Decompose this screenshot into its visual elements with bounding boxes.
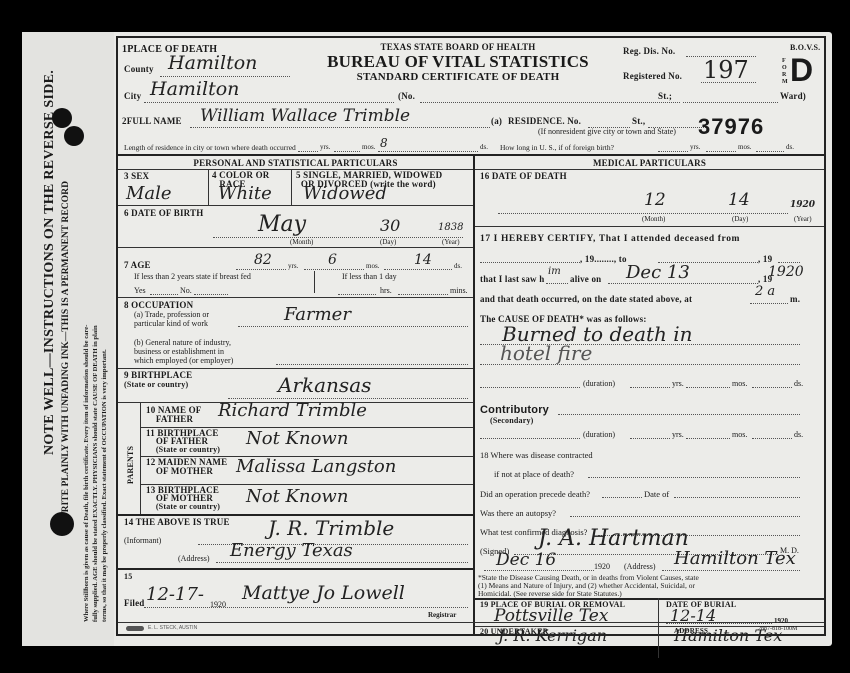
physician-address-value[interactable]: Hamilton Tex xyxy=(674,548,796,569)
county-label: County xyxy=(124,64,154,74)
physician-signature[interactable]: J. A. Hartman xyxy=(538,526,689,551)
mins-label: mins. xyxy=(450,286,468,295)
duration-ds-2: ds. xyxy=(794,430,803,439)
birthplace-label: 9 BIRTHPLACE(State or country) xyxy=(124,371,192,389)
birthplace-value[interactable]: Arkansas xyxy=(278,373,371,397)
age-days[interactable]: 14 xyxy=(414,252,432,268)
punch-hole-top xyxy=(52,108,72,128)
filed-label: Filed xyxy=(124,598,145,608)
last-alive-date[interactable]: Dec 13 xyxy=(626,262,690,283)
informant-address-value[interactable]: Energy Texas xyxy=(230,540,353,561)
age-months[interactable]: 6 xyxy=(328,252,337,268)
signed-year[interactable]: 1920 xyxy=(594,562,610,571)
informant-value[interactable]: J. R. Trimble xyxy=(268,516,394,540)
father-birthplace-value[interactable]: Not Known xyxy=(246,428,348,449)
side-ink-note: WRITE PLAINLY WITH UNFADING INK—THIS IS … xyxy=(60,181,71,522)
certify-statement: 17 I HEREBY CERTIFY, That I attended dec… xyxy=(480,234,740,244)
secondary-label: (Secondary) xyxy=(490,416,534,425)
residence-st-label: St., xyxy=(632,116,645,126)
signed-date[interactable]: Dec 16 xyxy=(496,550,556,570)
last-saw-label: that I last saw h xyxy=(480,274,544,284)
hrs-label: hrs. xyxy=(380,286,392,295)
breast-no-label: No. xyxy=(180,286,192,295)
full-name-value[interactable]: William Wallace Trimble xyxy=(200,106,410,126)
age-label: 7 AGE xyxy=(124,260,151,270)
dob-year-caption: (Year) xyxy=(442,238,460,246)
death-time[interactable]: 2 a xyxy=(755,284,775,299)
length-ds-label: ds. xyxy=(480,143,488,151)
board-title: TEXAS STATE BOARD OF HEALTH xyxy=(338,42,578,52)
side-instruction-line3: terms, so that it may be properly classi… xyxy=(101,349,108,622)
printer-logo-icon xyxy=(126,626,144,631)
mother-birthplace-label: 13 BIRTHPLACE OF MOTHER (State or countr… xyxy=(146,486,220,511)
attended-to-year: , 19 xyxy=(758,254,772,264)
informant-address-label: (Address) xyxy=(178,554,210,563)
age-mos-label: mos. xyxy=(366,262,379,270)
dod-day-caption: (Day) xyxy=(732,215,748,223)
age-ds-label: ds. xyxy=(454,262,462,270)
dod-month-caption: (Month) xyxy=(642,215,665,223)
registrar-signature[interactable]: Mattye Jo Lowell xyxy=(242,582,405,604)
violent-causes-footnote: *State the Disease Causing Death, or in … xyxy=(478,574,699,598)
informant-label: (Informant) xyxy=(124,536,161,545)
duration-mos-2: mos. xyxy=(732,430,747,439)
undertaker-signature[interactable]: J. R. Kerrigan xyxy=(498,626,607,645)
dob-month[interactable]: May xyxy=(258,212,306,237)
burial-year[interactable]: 1920 xyxy=(774,617,788,625)
father-name-value[interactable]: Richard Trimble xyxy=(218,400,367,421)
county-value[interactable]: Hamilton xyxy=(168,52,257,74)
reg-dis-label: Reg. Dis. No. xyxy=(623,46,675,56)
bureau-title: BUREAU OF VITAL STATISTICS xyxy=(298,52,618,72)
dob-label: 6 DATE OF BIRTH xyxy=(124,208,203,218)
length-mos-label: mos. xyxy=(362,143,375,151)
personal-section-title: PERSONAL AND STATISTICAL PARTICULARS xyxy=(118,158,473,168)
last-alive-year[interactable]: 1920 xyxy=(768,264,804,280)
dob-day-caption: (Day) xyxy=(380,238,396,246)
death-occurred-label: and that death occurred, on the date sta… xyxy=(480,294,692,304)
parents-label: PARENTS xyxy=(126,446,135,484)
street-label: St.; xyxy=(658,91,672,101)
street-no-label: (No. xyxy=(398,91,415,101)
registrar-label: Registrar xyxy=(428,611,456,619)
last-saw-pronoun[interactable]: im xyxy=(548,266,561,277)
contributory-label: Contributory xyxy=(480,404,549,416)
contracted-label: 18 Where was disease contracted xyxy=(480,450,593,460)
dod-label: 16 DATE OF DEATH xyxy=(480,171,567,181)
operation-date-label: Date of xyxy=(644,489,669,499)
full-name-suffix: (a) xyxy=(491,116,502,126)
dod-day[interactable]: 14 xyxy=(728,190,750,210)
less-than-day-label: If less than 1 day xyxy=(342,272,397,281)
mother-name-value[interactable]: Malissa Langston xyxy=(236,456,396,477)
city-value[interactable]: Hamilton xyxy=(150,78,239,100)
filed-number: 15 xyxy=(124,572,132,581)
occupation-label: 8 OCCUPATION xyxy=(124,300,193,310)
side-instruction-line2: fully supplied. AGE should be stated EXA… xyxy=(92,325,99,622)
duration-yrs-2: yrs. xyxy=(672,430,684,439)
physician-address-label: (Address) xyxy=(624,562,656,571)
bovs-label: B.O.V.S. xyxy=(790,43,820,52)
death-time-suffix: m. xyxy=(790,294,800,304)
certificate-number: 37976 xyxy=(698,114,764,140)
father-birthplace-label: 11 BIRTHPLACE OF FATHER (State or countr… xyxy=(146,429,220,454)
father-name-label: 10 NAME OF FATHER xyxy=(146,406,202,424)
medical-section-title: MEDICAL PARTICULARS xyxy=(475,158,824,168)
side-instruction-line1: Where Stillborn is given as cause of Dea… xyxy=(83,325,90,622)
foreign-mos-label: mos. xyxy=(738,143,751,151)
mother-birthplace-value[interactable]: Not Known xyxy=(246,486,348,507)
duration-ds-1: ds. xyxy=(794,379,803,388)
dob-month-caption: (Month) xyxy=(290,238,313,246)
side-note-heading: NOTE WELL—INSTRUCTIONS ON THE REVERSE SI… xyxy=(42,70,58,455)
sex-label: 3 SEX xyxy=(124,171,149,181)
breast-yes-label: Yes xyxy=(134,286,146,295)
duration-yrs-1: yrs. xyxy=(672,379,684,388)
occupation-value[interactable]: Farmer xyxy=(284,304,351,325)
form-label: FORM xyxy=(782,58,788,86)
foreign-birth-label: How long in U. S., if of foreign birth? xyxy=(500,143,614,152)
form-letter: D xyxy=(790,52,813,89)
length-yrs-label: yrs. xyxy=(320,143,330,151)
punch-hole-bottom xyxy=(50,512,74,536)
breast-fed-label: If less than 2 years state if breast fed xyxy=(134,272,251,281)
dod-year-caption: (Year) xyxy=(794,215,812,223)
sex-value[interactable]: Male xyxy=(126,183,172,204)
printer-imprint: E. L. STECK, AUSTIN xyxy=(148,625,197,631)
age-yrs-label: yrs. xyxy=(288,262,298,270)
dod-month[interactable]: 12 xyxy=(644,190,666,210)
autopsy-label: Was there an autopsy? xyxy=(480,508,556,518)
duration-label-1: (duration) xyxy=(583,379,615,388)
full-name-label: 2FULL NAME xyxy=(122,116,182,126)
foreign-yrs-label: yrs. xyxy=(690,143,700,151)
color-value[interactable]: White xyxy=(218,183,272,204)
cause-line-2[interactable]: hotel fire xyxy=(500,341,592,365)
operation-label: Did an operation precede death? xyxy=(480,489,590,499)
duration-label-2: (duration) xyxy=(583,430,615,439)
age-years[interactable]: 82 xyxy=(254,252,272,268)
marital-value[interactable]: Widowed xyxy=(303,183,387,204)
occupation-a-label: (a) Trade, profession orparticular kind … xyxy=(134,310,209,328)
death-certificate-form: 1PLACE OF DEATH County Hamilton City Ham… xyxy=(116,36,826,636)
certificate-title: STANDARD CERTIFICATE OF DEATH xyxy=(328,71,588,83)
dob-year[interactable]: 1838 xyxy=(438,222,463,233)
length-mos-value[interactable]: 8 xyxy=(380,136,388,150)
length-residence-label: Length of residence in city or town wher… xyxy=(124,143,296,152)
registered-label: Registered No. xyxy=(623,71,682,81)
burial-place-value[interactable]: Pottsville Tex xyxy=(494,606,608,626)
duration-mos-1: mos. xyxy=(732,379,747,388)
above-true-label: 14 THE ABOVE IS TRUE xyxy=(124,517,230,527)
filed-date[interactable]: 12-17- xyxy=(146,584,204,605)
form-code: 2887-818-100M xyxy=(758,626,797,632)
alive-on-label: alive on xyxy=(570,274,601,284)
ward-label: Ward) xyxy=(780,91,806,101)
residence-label: RESIDENCE. No. xyxy=(508,116,581,126)
foreign-ds-label: ds. xyxy=(786,143,794,151)
nonresident-note: (If nonresident give city or town and St… xyxy=(538,127,676,136)
dob-day[interactable]: 30 xyxy=(380,216,400,235)
registered-number[interactable]: 197 xyxy=(703,56,749,84)
contracted-label-2: if not at place of death? xyxy=(494,469,574,479)
occupation-b-label: (b) General nature of industry,business … xyxy=(134,338,233,365)
attended-from-to: , 19........, to xyxy=(580,254,627,264)
punch-hole-top-2 xyxy=(64,126,84,146)
dod-year[interactable]: 1920 xyxy=(790,200,815,210)
city-label: City xyxy=(124,91,141,101)
mother-name-label: 12 MAIDEN NAME OF MOTHER xyxy=(146,458,227,476)
